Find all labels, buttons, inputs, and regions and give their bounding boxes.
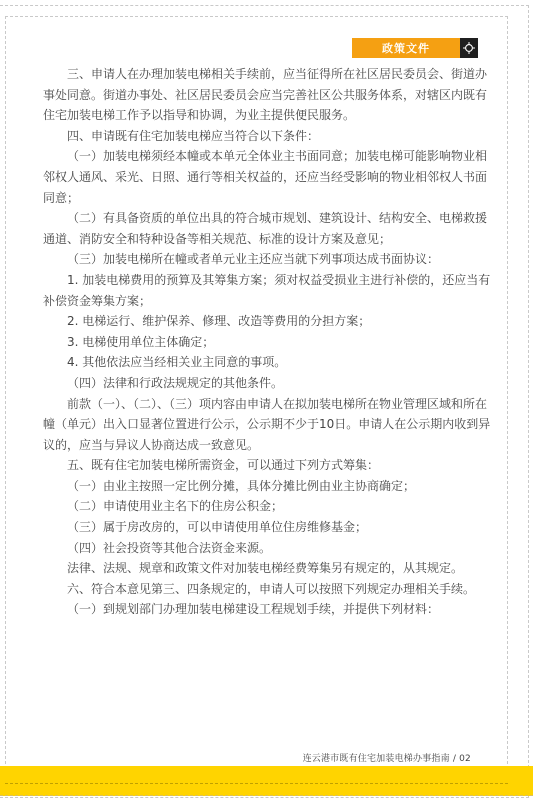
crosshair-icon-box xyxy=(460,38,478,58)
paragraph-article-3: 三、申请人在办理加装电梯相关手续前，应当征得所在社区居民委员会、街道办事处同意。… xyxy=(43,64,493,126)
paragraph-funding-rules: 法律、法规、规章和政策文件对加装电梯经费筹集另有规定的，从其规定。 xyxy=(43,558,493,579)
paragraph-article-4: 四、申请既有住宅加装电梯应当符合以下条件： xyxy=(43,126,493,147)
paragraph-4-3: （三）加装电梯所在幢或者单元业主还应当就下列事项达成书面协议： xyxy=(43,249,493,270)
paragraph-4-1: （一）加装电梯须经本幢或本单元全体业主书面同意；加装电梯可能影响物业相邻权人通风… xyxy=(43,146,493,208)
list-item-1: 1. 加装电梯费用的预算及其筹集方案；须对权益受损业主进行补偿的，还应当有补偿资… xyxy=(43,270,493,311)
footer-dashed-line xyxy=(5,783,508,784)
paragraph-article-5: 五、既有住宅加装电梯所需资金，可以通过下列方式筹集： xyxy=(43,455,493,476)
section-badge: 政策文件 xyxy=(352,38,460,58)
footer-title-page-number: 连云港市既有住宅加装电梯办事指南 / 02 xyxy=(303,751,471,764)
list-item-2: 2. 电梯运行、维护保养、修理、改造等费用的分担方案； xyxy=(43,311,493,332)
document-body: 三、申请人在办理加装电梯相关手续前，应当征得所在社区居民委员会、街道办事处同意。… xyxy=(43,64,493,620)
paragraph-5-3: （三）属于房改房的，可以申请使用单位住房维修基金； xyxy=(43,517,493,538)
paragraph-5-2: （二）申请使用业主名下的住房公积金； xyxy=(43,496,493,517)
paragraph-4-2: （二）有具备资质的单位出具的符合城市规划、建筑设计、结构安全、电梯救援通道、消防… xyxy=(43,208,493,249)
paragraph-6-1: （一）到规划部门办理加装电梯建设工程规划手续，并提供下列材料： xyxy=(43,599,493,620)
paragraph-publicity: 前款（一）、（二）、（三）项内容由申请人在拟加装电梯所在物业管理区域和所在幢（单… xyxy=(43,394,493,456)
paragraph-4-4: （四）法律和行政法规规定的其他条件。 xyxy=(43,373,493,394)
crosshair-icon xyxy=(463,42,475,54)
paragraph-5-1: （一）由业主按照一定比例分摊，具体分摊比例由业主协商确定； xyxy=(43,476,493,497)
list-item-3: 3. 电梯使用单位主体确定； xyxy=(43,332,493,353)
paragraph-article-6: 六、符合本意见第三、四条规定的，申请人可以按照下列规定办理相关手续。 xyxy=(43,579,493,600)
paragraph-5-4: （四）社会投资等其他合法资金来源。 xyxy=(43,538,493,559)
footer-yellow-band xyxy=(0,766,533,796)
footer-dashed-line-outer xyxy=(0,795,533,796)
list-item-4: 4. 其他依法应当经相关业主同意的事项。 xyxy=(43,352,493,373)
